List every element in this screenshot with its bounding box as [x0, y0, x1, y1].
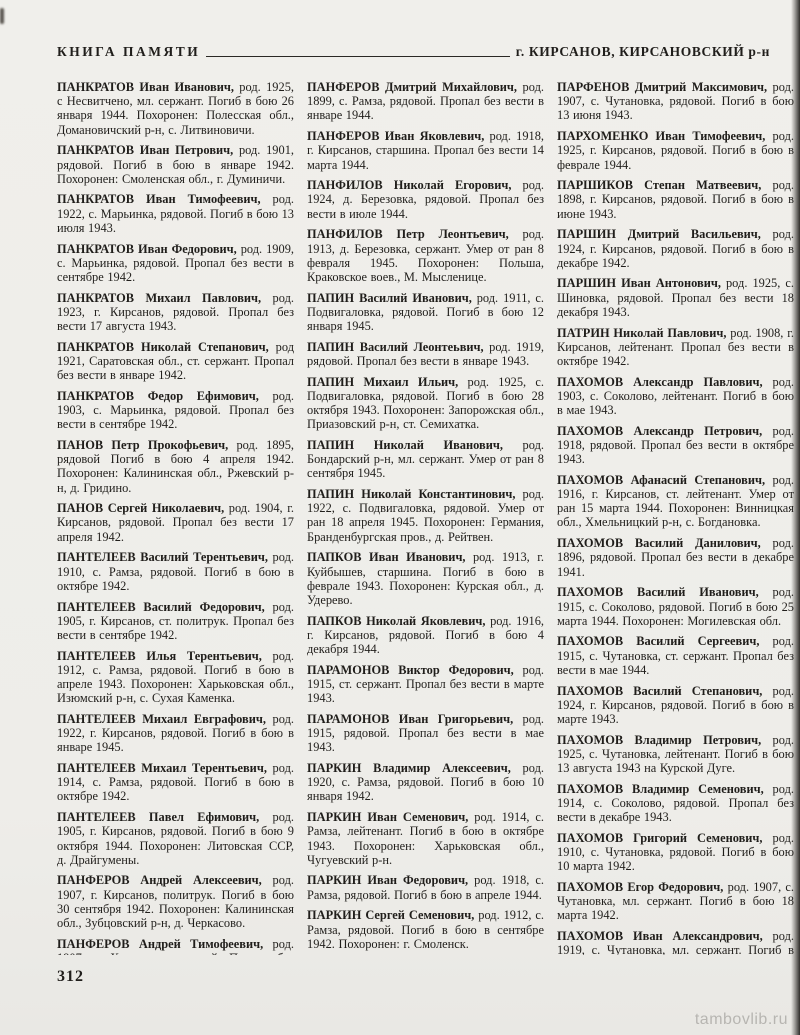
memorial-entry: ПАХОМОВ Александр Павлович, род. 1903, с…	[557, 375, 794, 418]
memorial-entry: ПАПИН Михаил Ильич, род. 1925, с. Подвиг…	[307, 375, 544, 432]
entry-name: ПАРКИН Иван Семенович,	[307, 810, 468, 824]
entry-name: ПАХОМОВ Афанасий Степанович,	[557, 473, 765, 487]
scan-artifact-mark	[0, 8, 4, 24]
memorial-entry: ПАТРИН Николай Павлович, род. 1908, г. К…	[557, 326, 794, 369]
entry-name: ПАНФЕРОВ Андрей Алексеевич,	[57, 873, 262, 887]
entry-name: ПАРШИН Иван Антонович,	[557, 276, 721, 290]
entry-name: ПАНКРАТОВ Иван Федорович,	[57, 242, 237, 256]
entry-name: ПАНКРАТОВ Иван Тимофеевич,	[57, 192, 261, 206]
entry-name: ПАХОМОВ Василий Сергеевич,	[557, 634, 759, 648]
memorial-entry: ПАХОМОВ Василий Сергеевич, род. 1915, с.…	[557, 634, 794, 677]
memorial-entry: ПАРХОМЕНКО Иван Тимофеевич, род. 1925, г…	[557, 129, 794, 172]
entry-name: ПАНКРАТОВ Михаил Павлович,	[57, 291, 261, 305]
memorial-entry: ПАХОМОВ Владимир Петрович, род. 1925, с.…	[557, 733, 794, 776]
entry-name: ПАНКРАТОВ Николай Степанович,	[57, 340, 269, 354]
memorial-entry: ПАНОВ Петр Прокофьевич, род. 1895, рядов…	[57, 438, 294, 495]
memorial-entry: ПАПКОВ Иван Иванович, род. 1913, г. Куйб…	[307, 550, 544, 607]
memorial-entry: ПАНТЕЛЕЕВ Михаил Евграфович, род. 1922, …	[57, 712, 294, 755]
memorial-entry: ПАНКРАТОВ Иван Иванович, род. 1925, с Не…	[57, 80, 294, 137]
entry-name: ПАХОМОВ Александр Павлович,	[557, 375, 763, 389]
memorial-entry: ПАРШИН Дмитрий Васильевич, род. 1924, г.…	[557, 227, 794, 270]
memorial-entry: ПАХОМОВ Иван Александрович, род. 1919, с…	[557, 929, 794, 955]
entry-name: ПАХОМОВ Василий Данилович,	[557, 536, 761, 550]
entry-name: ПАРКИН Владимир Алексеевич,	[307, 761, 511, 775]
memorial-entry: ПАХОМОВ Василий Иванович, род. 1915, с. …	[557, 585, 794, 628]
memorial-entry: ПАПКОВ Николай Яковлевич, род. 1916, г. …	[307, 614, 544, 657]
entry-name: ПАНФИЛОВ Петр Леонтьевич,	[307, 227, 509, 241]
column-2: ПАНФЕРОВ Дмитрий Михайлович, род. 1899, …	[307, 80, 544, 955]
column-1: ПАНКРАТОВ Иван Иванович, род. 1925, с Не…	[57, 80, 294, 955]
memorial-entry: ПАРШИКОВ Степан Матвеевич, род. 1898, г.…	[557, 178, 794, 221]
library-watermark: tambovlib.ru	[695, 1011, 788, 1029]
memorial-entry: ПАНТЕЛЕЕВ Михаил Терентьевич, род. 1914,…	[57, 761, 294, 804]
memorial-entry: ПАРКИН Сергей Семенович, род. 1912, с. Р…	[307, 908, 544, 951]
entry-name: ПАПИН Василий Леонтеьвич,	[307, 340, 484, 354]
entry-name: ПАХОМОВ Владимир Семенович,	[557, 782, 764, 796]
entry-name: ПАНФЕРОВ Андрей Тимофеевич,	[57, 937, 263, 951]
page-number: 312	[57, 968, 84, 986]
entry-name: ПАНФЕРОВ Дмитрий Михайлович,	[307, 80, 517, 94]
memorial-entry: ПАНКРАТОВ Иван Федорович, род. 1909, с. …	[57, 242, 294, 285]
memorial-entry: ПАНТЕЛЕЕВ Илья Терентьевич, род. 1912, с…	[57, 649, 294, 706]
memorial-entry: ПАНКРАТОВ Михаил Павлович, род. 1923, г.…	[57, 291, 294, 334]
memorial-entry: ПАНФЕРОВ Иван Яковлевич, род. 1918, г. К…	[307, 129, 544, 172]
entry-name: ПАРХОМЕНКО Иван Тимофеевич,	[557, 129, 765, 143]
memorial-entry: ПАНКРАТОВ Иван Тимофеевич, род. 1922, с.…	[57, 192, 294, 235]
entry-name: ПАНТЕЛЕЕВ Василий Терентьевич,	[57, 550, 268, 564]
memorial-entry: ПАХОМОВ Василий Степанович, род. 1924, г…	[557, 684, 794, 727]
entry-name: ПАХОМОВ Владимир Петрович,	[557, 733, 761, 747]
entry-name: ПАХОМОВ Василий Степанович,	[557, 684, 762, 698]
entry-name: ПАРАМОНОВ Иван Григорьевич,	[307, 712, 513, 726]
column-3: ПАРФЕНОВ Дмитрий Максимович, род. 1907, …	[557, 80, 794, 955]
district-title: г. КИРСАНОВ, КИРСАНОВСКИЙ р-н	[516, 44, 770, 60]
entry-name: ПАНКРАТОВ Иван Иванович,	[57, 80, 234, 94]
entry-name: ПАПКОВ Иван Иванович,	[307, 550, 466, 564]
memorial-entry: ПАНТЕЛЕЕВ Василий Терентьевич, род. 1910…	[57, 550, 294, 593]
entry-name: ПАНКРАТОВ Федор Ефимович,	[57, 389, 259, 403]
entry-name: ПАПИН Василий Иванович,	[307, 291, 472, 305]
memorial-entry: ПАПИН Василий Леонтеьвич, род. 1919, ряд…	[307, 340, 544, 368]
memorial-entry: ПАРКИН Иван Федорович, род. 1918, с. Рам…	[307, 873, 544, 901]
entry-name: ПАНКРАТОВ Иван Петрович,	[57, 143, 233, 157]
entries-columns: ПАНКРАТОВ Иван Иванович, род. 1925, с Не…	[57, 80, 794, 955]
memorial-entry: ПАНФЕРОВ Дмитрий Михайлович, род. 1899, …	[307, 80, 544, 123]
memorial-entry: ПАПИН Николай Константинович, род. 1922,…	[307, 487, 544, 544]
memorial-entry: ПАХОМОВ Афанасий Степанович, род. 1916, …	[557, 473, 794, 530]
memorial-entry: ПАХОМОВ Александр Петрович, род. 1918, р…	[557, 424, 794, 467]
entry-name: ПАРАМОНОВ Виктор Федорович,	[307, 663, 514, 677]
memorial-entry: ПАНФИЛОВ Петр Леонтьевич, род. 1913, д. …	[307, 227, 544, 284]
entry-name: ПАНТЕЛЕЕВ Михаил Евграфович,	[57, 712, 266, 726]
entry-name: ПАНОВ Петр Прокофьевич,	[57, 438, 228, 452]
memorial-entry: ПАРКИН Иван Семенович, род. 1914, с. Рам…	[307, 810, 544, 867]
memorial-entry: ПАНФЕРОВ Андрей Алексеевич, род. 1907, г…	[57, 873, 294, 930]
entry-name: ПАТРИН Николай Павлович,	[557, 326, 726, 340]
entry-name: ПАПИН Николай Константинович,	[307, 487, 515, 501]
memorial-entry: ПАНОВ Сергей Николаевич, род. 1904, г. К…	[57, 501, 294, 544]
memorial-entry: ПАРАМОНОВ Виктор Федорович, род. 1915, с…	[307, 663, 544, 706]
entry-name: ПАНТЕЛЕЕВ Павел Ефимович,	[57, 810, 259, 824]
entry-name: ПАНФИЛОВ Николай Егорович,	[307, 178, 511, 192]
entry-name: ПАПИН Михаил Ильич,	[307, 375, 458, 389]
entry-name: ПАНТЕЛЕЕВ Михаил Терентьевич,	[57, 761, 267, 775]
memorial-entry: ПАНКРАТОВ Николай Степанович, род 1921, …	[57, 340, 294, 383]
memorial-entry: ПАНКРАТОВ Федор Ефимович, род. 1903, с. …	[57, 389, 294, 432]
memorial-entry: ПАРАМОНОВ Иван Григорьевич, род. 1915, р…	[307, 712, 544, 755]
entry-name: ПАПИН Николай Иванович,	[307, 438, 503, 452]
memorial-entry: ПАНТЕЛЕЕВ Павел Ефимович, род. 1905, г. …	[57, 810, 294, 867]
entry-name: ПАХОМОВ Александр Петрович,	[557, 424, 762, 438]
memorial-entry: ПАРФЕНОВ Дмитрий Максимович, род. 1907, …	[557, 80, 794, 123]
entry-name: ПАХОМОВ Василий Иванович,	[557, 585, 759, 599]
entry-name: ПАРШИКОВ Степан Матвеевич,	[557, 178, 761, 192]
memorial-entry: ПАНФЕРОВ Андрей Тимофеевич, род. 1907, с…	[57, 937, 294, 955]
entry-name: ПАНОВ Сергей Николаевич,	[57, 501, 224, 515]
memorial-entry: ПАХОМОВ Василий Данилович, род. 1896, ря…	[557, 536, 794, 579]
memorial-entry: ПАРШИН Иван Антонович, род. 1925, с. Шин…	[557, 276, 794, 319]
memorial-book-page: КНИГА ПАМЯТИ г. КИРСАНОВ, КИРСАНОВСКИЙ р…	[0, 0, 800, 1035]
entry-name: ПАПКОВ Николай Яковлевич,	[307, 614, 485, 628]
memorial-entry: ПАХОМОВ Владимир Семенович, род. 1914, с…	[557, 782, 794, 825]
entry-name: ПАХОМОВ Егор Федорович,	[557, 880, 723, 894]
memorial-entry: ПАПИН Василий Иванович, род. 1911, с. По…	[307, 291, 544, 334]
memorial-entry: ПАНТЕЛЕЕВ Василий Федорович, род. 1905, …	[57, 600, 294, 643]
memorial-entry: ПАРКИН Владимир Алексеевич, род. 1920, с…	[307, 761, 544, 804]
entry-name: ПАРКИН Иван Федорович,	[307, 873, 468, 887]
entry-name: ПАХОМОВ Григорий Семенович,	[557, 831, 763, 845]
entry-name: ПАРКИН Сергей Семенович,	[307, 908, 474, 922]
entry-name: ПАХОМОВ Иван Александрович,	[557, 929, 763, 943]
entry-name: ПАНФЕРОВ Иван Яковлевич,	[307, 129, 484, 143]
entry-name: ПАНТЕЛЕЕВ Илья Терентьевич,	[57, 649, 262, 663]
page-header: КНИГА ПАМЯТИ г. КИРСАНОВ, КИРСАНОВСКИЙ р…	[57, 44, 770, 60]
memorial-entry: ПАХОМОВ Григорий Семенович, род. 1910, с…	[557, 831, 794, 874]
entry-name: ПАНТЕЛЕЕВ Василий Федорович,	[57, 600, 265, 614]
memorial-entry: ПАПИН Николай Иванович, род. Бондарский …	[307, 438, 544, 481]
memorial-entry: ПАНФИЛОВ Николай Егорович, род. 1924, д.…	[307, 178, 544, 221]
book-title: КНИГА ПАМЯТИ	[57, 44, 200, 60]
memorial-entry: ПАХОМОВ Егор Федорович, род. 1907, с. Чу…	[557, 880, 794, 923]
entry-name: ПАРШИН Дмитрий Васильевич,	[557, 227, 761, 241]
memorial-entry: ПАНКРАТОВ Иван Петрович, род. 1901, рядо…	[57, 143, 294, 186]
header-rule	[206, 56, 509, 57]
entry-name: ПАРФЕНОВ Дмитрий Максимович,	[557, 80, 767, 94]
